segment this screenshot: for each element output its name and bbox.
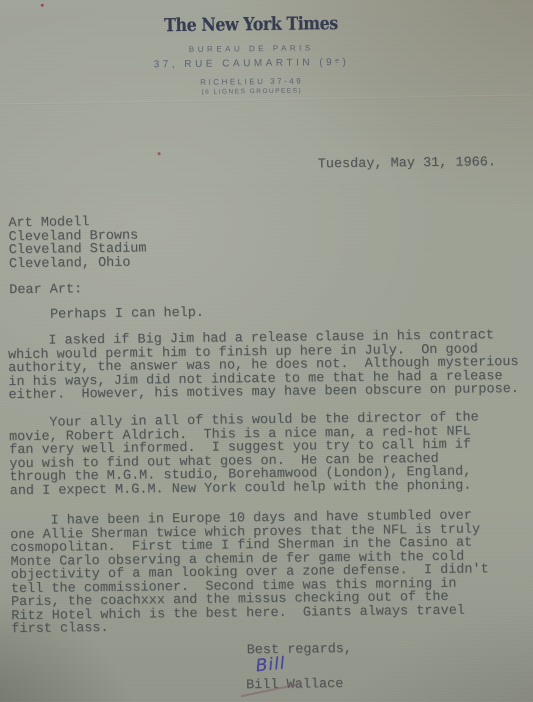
handwritten-signature: Bill bbox=[255, 654, 287, 677]
body-paragraph-1: I asked if Big Jim had a release clause … bbox=[8, 329, 519, 403]
letterhead-phone-note: (6 LIGNES GROUPEES) bbox=[97, 86, 407, 97]
paper-fold-crease bbox=[0, 94, 530, 105]
masthead-title: The New York Times bbox=[114, 12, 387, 36]
salutation: Dear Art: bbox=[9, 283, 82, 297]
photo-artifact-speck-middle bbox=[158, 152, 161, 155]
body-opening-line: Perhaps I can help. bbox=[9, 307, 204, 323]
paper-sheet: The New York Times BUREAU DE PARIS 37, R… bbox=[0, 0, 533, 702]
date-line: Tuesday, May 31, 1966. bbox=[318, 156, 496, 172]
letterhead-street-address: 37, RUE CAUMARTIN (9ᵉ) bbox=[96, 56, 406, 71]
letterhead: The New York Times BUREAU DE PARIS 37, R… bbox=[96, 12, 407, 97]
photo-artifact-speck-top bbox=[41, 4, 44, 7]
recipient-address-block: Art Modell Cleveland Browns Cleveland St… bbox=[8, 215, 146, 271]
body-paragraph-3: I have been in Europe 10 days and have s… bbox=[10, 509, 489, 636]
body-paragraph-2: Your ally in all of this would be the di… bbox=[9, 411, 480, 498]
letterhead-bureau: BUREAU DE PARIS bbox=[96, 42, 406, 55]
letter-photo: The New York Times BUREAU DE PARIS 37, R… bbox=[0, 0, 533, 702]
